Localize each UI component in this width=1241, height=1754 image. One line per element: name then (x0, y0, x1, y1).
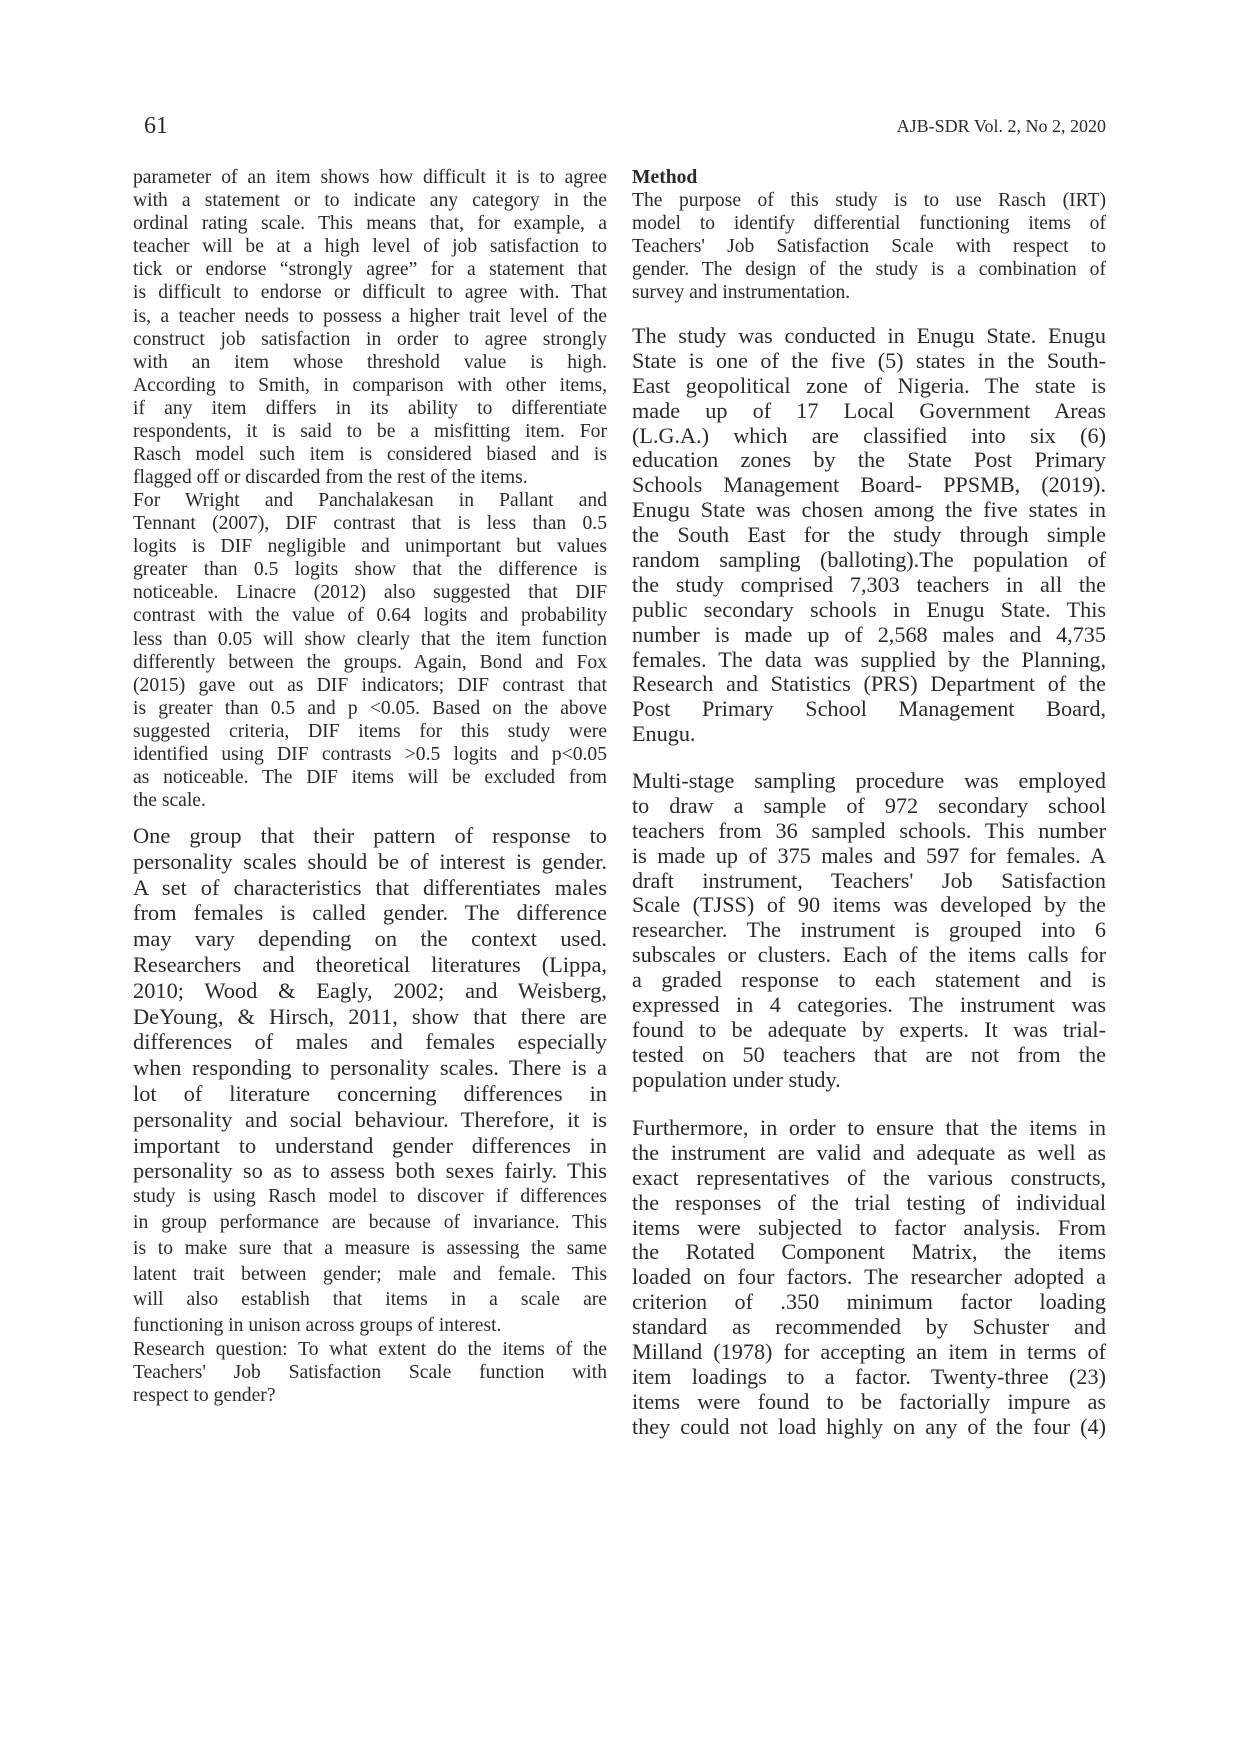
text-line: lot of literature concerning differences… (133, 1081, 607, 1107)
text-line: number is made up of 2,568 males and 4,7… (632, 623, 1106, 648)
text-line: Multi-stage sampling procedure was emplo… (632, 769, 1106, 794)
text-line: items were found to be factorially impur… (632, 1390, 1106, 1415)
text-line: parameter of an item shows how difficult… (133, 166, 607, 189)
text-line: the responses of the trial testing of in… (632, 1191, 1106, 1216)
text-line: with an item whose threshold value is hi… (133, 351, 607, 374)
text-line: functioning in unison across groups of i… (133, 1313, 607, 1339)
text-line: if any item differs in its ability to di… (133, 397, 607, 420)
text-line: respondents, it is said to be a misfitti… (133, 420, 607, 443)
paragraph-study-area: The study was conducted in Enugu State. … (632, 324, 1106, 747)
text-line: differently between the groups. Again, B… (133, 651, 607, 674)
text-line: Schools Management Board- PPSMB, (2019). (632, 473, 1106, 498)
text-line: is made up of 375 males and 597 for fema… (632, 844, 1106, 869)
text-line: random sampling (balloting).The populati… (632, 548, 1106, 573)
text-line: subscales or clusters. Each of the items… (632, 943, 1106, 968)
text-line: Post Primary School Management Board, (632, 697, 1106, 722)
text-line: (2015) gave out as DIF indicators; DIF c… (133, 674, 607, 697)
text-line: One group that their pattern of response… (133, 823, 607, 849)
text-line: the Rotated Component Matrix, the items (632, 1240, 1106, 1265)
text-line: For Wright and Panchalakesan in Pallant … (133, 489, 607, 512)
text-line: teacher will be at a high level of job s… (133, 235, 607, 258)
paragraph-factor-analysis: Furthermore, in order to ensure that the… (632, 1116, 1106, 1440)
text-line: items were subjected to factor analysis.… (632, 1216, 1106, 1241)
text-line: may vary depending on the context used. (133, 926, 607, 952)
text-line: exact representatives of the various con… (632, 1166, 1106, 1191)
text-line: is difficult to endorse or difficult to … (133, 281, 607, 304)
text-line: to draw a sample of 972 secondary school (632, 794, 1106, 819)
text-line: Enugu. (632, 722, 1106, 747)
text-line: study is using Rasch model to discover i… (133, 1184, 607, 1210)
journal-running-header: AJB-SDR Vol. 2, No 2, 2020 (897, 115, 1106, 137)
text-line: contrast with the value of 0.64 logits a… (133, 604, 607, 627)
text-line: Tennant (2007), DIF contrast that is les… (133, 512, 607, 535)
text-line: construct job satisfaction in order to a… (133, 328, 607, 351)
text-line: Rasch model such item is considered bias… (133, 443, 607, 466)
text-line: Teachers' Job Satisfaction Scale with re… (632, 235, 1106, 258)
text-line: less than 0.05 will show clearly that th… (133, 628, 607, 651)
paragraph-sampling: Multi-stage sampling procedure was emplo… (632, 769, 1106, 1093)
text-line: model to identify differential functioni… (632, 212, 1106, 235)
text-line: personality so as to assess both sexes f… (133, 1158, 607, 1184)
text-line: draft instrument, Teachers' Job Satisfac… (632, 869, 1106, 894)
text-line: latent trait between gender; male and fe… (133, 1262, 607, 1288)
text-line: personality scales should be of interest… (133, 849, 607, 875)
text-line: personality and social behaviour. Theref… (133, 1107, 607, 1133)
text-line: survey and instrumentation. (632, 281, 1106, 304)
text-line: suggested criteria, DIF items for this s… (133, 720, 607, 743)
text-line: researcher. The instrument is grouped in… (632, 918, 1106, 943)
text-line: Teachers' Job Satisfaction Scale functio… (133, 1361, 607, 1384)
text-line: when responding to personality scales. T… (133, 1055, 607, 1081)
text-line: females. The data was supplied by the Pl… (632, 648, 1106, 673)
text-line: expressed in 4 categories. The instrumen… (632, 993, 1106, 1018)
text-line: According to Smith, in comparison with o… (133, 374, 607, 397)
text-line: differences of males and females especia… (133, 1029, 607, 1055)
text-line: the study comprised 7,303 teachers in al… (632, 573, 1106, 598)
text-line: teachers from 36 sampled schools. This n… (632, 819, 1106, 844)
text-line: criterion of .350 minimum factor loading (632, 1290, 1106, 1315)
text-line: the instrument are valid and adequate as… (632, 1141, 1106, 1166)
text-line: Furthermore, in order to ensure that the… (632, 1116, 1106, 1141)
text-line: Enugu State was chosen among the five st… (632, 498, 1106, 523)
text-line: respect to gender? (133, 1384, 607, 1407)
text-line: DeYoung, & Hirsch, 2011, show that there… (133, 1004, 607, 1030)
text-line: noticeable. Linacre (2012) also suggeste… (133, 581, 607, 604)
text-line: is greater than 0.5 and p <0.05. Based o… (133, 697, 607, 720)
method-section: Method The purpose of this study is to u… (632, 166, 1106, 305)
text-line: loaded on four factors. The researcher a… (632, 1265, 1106, 1290)
text-line: from females is called gender. The diffe… (133, 900, 607, 926)
text-line: flagged off or discarded from the rest o… (133, 466, 607, 489)
text-line: population under study. (632, 1068, 1106, 1093)
paragraph-rasch-parameter: parameter of an item shows how difficult… (133, 166, 607, 489)
text-line: East geopolitical zone of Nigeria. The s… (632, 374, 1106, 399)
text-line: as noticeable. The DIF items will be exc… (133, 766, 607, 789)
text-line: item loadings to a factor. Twenty-three … (632, 1365, 1106, 1390)
text-line: tested on 50 teachers that are not from … (632, 1043, 1106, 1068)
text-line: in group performance are because of inva… (133, 1210, 607, 1236)
text-line: The purpose of this study is to use Rasc… (632, 189, 1106, 212)
text-line: Scale (TJSS) of 90 items was developed b… (632, 893, 1106, 918)
text-line: a graded response to each statement and … (632, 968, 1106, 993)
text-line: public secondary schools in Enugu State.… (632, 598, 1106, 623)
text-line: ordinal rating scale. This means that, f… (133, 212, 607, 235)
text-line: education zones by the State Post Primar… (632, 448, 1106, 473)
paragraph-gender-differences: One group that their pattern of response… (133, 823, 607, 1339)
section-heading-method: Method (632, 166, 1106, 189)
paragraph-dif-criteria: For Wright and Panchalakesan in Pallant … (133, 489, 607, 812)
text-line: is, a teacher needs to possess a higher … (133, 305, 607, 328)
text-line: identified using DIF contrasts >0.5 logi… (133, 743, 607, 766)
text-line: The study was conducted in Enugu State. … (632, 324, 1106, 349)
text-line: will also establish that items in a scal… (133, 1287, 607, 1313)
text-line: A set of characteristics that differenti… (133, 875, 607, 901)
text-line: the scale. (133, 789, 607, 812)
text-line: greater than 0.5 logits show that the di… (133, 558, 607, 581)
text-line: Research question: To what extent do the… (133, 1338, 607, 1361)
text-line: with a statement or to indicate any cate… (133, 189, 607, 212)
text-line: important to understand gender differenc… (133, 1133, 607, 1159)
text-line: (L.G.A.) which are classified into six (… (632, 424, 1106, 449)
text-line: tick or endorse “strongly agree” for a s… (133, 258, 607, 281)
text-line: they could not load highly on any of the… (632, 1415, 1106, 1440)
text-line: gender. The design of the study is a com… (632, 258, 1106, 281)
text-line: standard as recommended by Schuster and (632, 1315, 1106, 1340)
text-line: 2010; Wood & Eagly, 2002; and Weisberg, (133, 978, 607, 1004)
text-line: State is one of the five (5) states in t… (632, 349, 1106, 374)
research-question: Research question: To what extent do the… (133, 1338, 607, 1407)
text-line: is to make sure that a measure is assess… (133, 1236, 607, 1262)
text-line: Research and Statistics (PRS) Department… (632, 672, 1106, 697)
text-line: Researchers and theoretical literatures … (133, 952, 607, 978)
text-line: the South East for the study through sim… (632, 523, 1106, 548)
text-line: logits is DIF negligible and unimportant… (133, 535, 607, 558)
page-number: 61 (144, 112, 168, 140)
text-line: made up of 17 Local Government Areas (632, 399, 1106, 424)
text-line: found to be adequate by experts. It was … (632, 1018, 1106, 1043)
document-page: 61 AJB-SDR Vol. 2, No 2, 2020 parameter … (0, 0, 1241, 1754)
text-line: Milland (1978) for accepting an item in … (632, 1340, 1106, 1365)
